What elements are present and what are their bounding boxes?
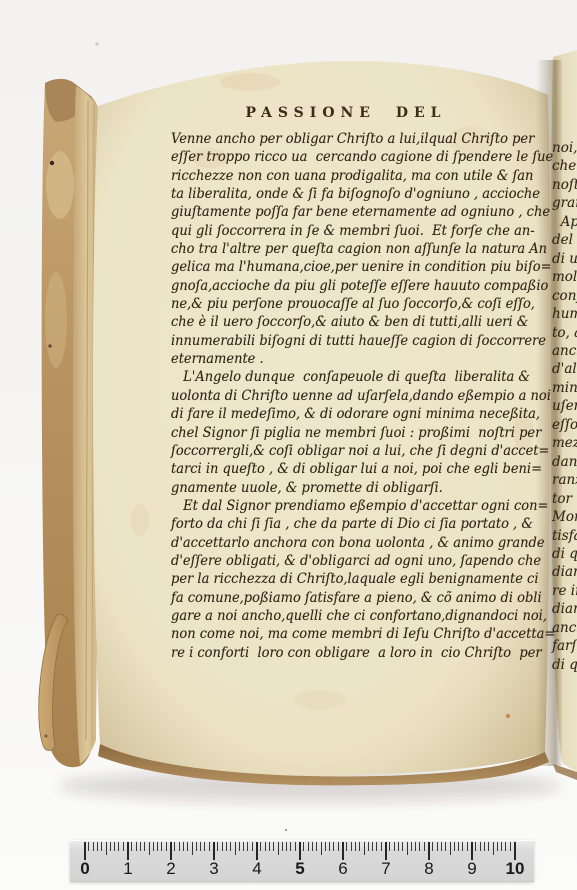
facing-text-fragment: del Sig bbox=[552, 231, 577, 249]
ruler-number: 4 bbox=[252, 859, 261, 879]
ruler-tick bbox=[505, 842, 506, 851]
facing-text-fragment: farſi d bbox=[552, 637, 577, 655]
text-line: gelica ma l'humana,cioe,per uenire in co… bbox=[171, 258, 534, 276]
ink-speck bbox=[45, 735, 48, 738]
facing-text-fragment: humile bbox=[552, 305, 577, 323]
ruler-tick bbox=[204, 842, 205, 851]
text-line: chel Signor ſi piglia ne membri ſuoi : p… bbox=[171, 424, 534, 442]
text-line: fa comune,poßiamo ſatisfare a pieno, & c… bbox=[171, 589, 534, 607]
text-line: ta liberalita, onde & ſi fa biſognoſo d'… bbox=[171, 185, 534, 203]
ruler-tick bbox=[213, 842, 215, 860]
text-line: qui gli ſoccorrera in ſe & membri ſuoi. … bbox=[171, 222, 534, 240]
ruler-tick bbox=[209, 842, 210, 851]
ruler-tick bbox=[252, 842, 253, 851]
ruler-tick bbox=[230, 842, 231, 851]
ruler-number: 10 bbox=[506, 859, 525, 879]
text-line: tarci in queſto , & di obligar lui a noi… bbox=[171, 460, 534, 478]
text-line: d'eſſere obligati, & d'obligarci ad ogni… bbox=[171, 552, 534, 570]
ruler-tick bbox=[222, 842, 223, 851]
ruler-tick bbox=[501, 842, 502, 851]
text-line: per la ricchezza di Chriſto,laquale egli… bbox=[171, 570, 534, 588]
ruler-tick bbox=[333, 842, 334, 851]
ruler-tick bbox=[265, 842, 266, 851]
ruler-tick bbox=[437, 842, 438, 851]
facing-text-fragment: di quel bbox=[552, 545, 577, 563]
ruler-tick bbox=[329, 842, 330, 851]
ruler-tick bbox=[161, 842, 162, 851]
ruler-tick bbox=[295, 842, 296, 851]
ruler-tick bbox=[385, 842, 387, 860]
text-line: gnamente uuole, & promette di obligarſi. bbox=[171, 479, 534, 497]
ruler-number: 5 bbox=[295, 859, 304, 879]
ruler-tick bbox=[157, 842, 158, 851]
facing-text-fragment: eſſo h bbox=[552, 416, 577, 434]
ruler-tick bbox=[372, 842, 373, 851]
ruler-tick bbox=[239, 842, 240, 851]
text-line: giuſtamente poſſa far bene eternamente a… bbox=[171, 203, 534, 221]
ruler-tick bbox=[187, 842, 188, 851]
facing-text-fragment: noi, ch bbox=[552, 139, 577, 157]
text-line: Et dal Signor prendiamo eßempio d'accett… bbox=[171, 497, 534, 515]
text-line: forto da chi ſi ſia , che da parte di Di… bbox=[171, 515, 534, 533]
ruler-tick bbox=[136, 842, 137, 851]
ruler-tick bbox=[321, 842, 322, 855]
ruler-tick bbox=[183, 842, 184, 851]
ruler-tick bbox=[144, 842, 145, 851]
facing-text-fragment: Mondo bbox=[552, 508, 577, 526]
ruler-tick bbox=[247, 842, 248, 851]
text-line: di fare il medeſimo, & di odorare ogni m… bbox=[171, 405, 534, 423]
ruler-tick bbox=[127, 842, 129, 860]
ruler-tick bbox=[303, 842, 304, 851]
ruler-tick bbox=[97, 842, 98, 851]
ink-speck bbox=[50, 161, 54, 165]
cover-worn-patch bbox=[45, 272, 67, 368]
ruler-tick bbox=[407, 842, 408, 855]
ruler-tick bbox=[424, 842, 425, 851]
ruler-tick bbox=[101, 842, 102, 851]
ruler-tick bbox=[226, 842, 227, 851]
ruler-tick bbox=[200, 842, 201, 851]
ruler-tick bbox=[510, 842, 511, 851]
ruler-tick bbox=[170, 842, 172, 860]
ruler-tick bbox=[235, 842, 236, 855]
ruler-tick bbox=[196, 842, 197, 851]
ruler-tick bbox=[286, 842, 287, 851]
facing-text-fragment: di quel bbox=[552, 656, 577, 674]
ruler-tick bbox=[273, 842, 274, 851]
centimeter-ruler: 012345678910 bbox=[70, 840, 534, 882]
ruler-number: 6 bbox=[338, 859, 347, 879]
ruler-tick bbox=[88, 842, 89, 851]
facing-text-fragment: uſera bbox=[552, 397, 577, 415]
ruler-tick bbox=[110, 842, 111, 851]
ruler-tick bbox=[376, 842, 377, 851]
facing-text-fragment: to, an bbox=[552, 324, 577, 342]
facing-text-fragment: di uede bbox=[552, 250, 577, 268]
ruler-tick bbox=[140, 842, 141, 851]
facing-text-fragment: tisfare bbox=[552, 527, 577, 545]
page-text: Venne ancho per obligar Chriſto a lui,il… bbox=[171, 130, 534, 662]
ruler-tick bbox=[282, 842, 283, 851]
ruler-number: 7 bbox=[381, 859, 390, 879]
facing-text-fragment: mezz bbox=[552, 434, 577, 452]
ruler-tick bbox=[441, 842, 442, 851]
text-line: che è il uero ſoccorſo,& aiuto & ben di … bbox=[171, 313, 534, 331]
ruler-tick bbox=[484, 842, 485, 851]
ruler-tick bbox=[488, 842, 489, 851]
text-line: L'Angelo dunque conſapeuole di queſta li… bbox=[171, 368, 534, 386]
facing-text-fragment: noſtra, bbox=[552, 176, 577, 194]
ruler-number: 0 bbox=[80, 859, 89, 879]
orange-speck bbox=[506, 714, 510, 718]
ruler-tick bbox=[114, 842, 115, 851]
facing-text-fragment: d'altr bbox=[552, 360, 577, 378]
ruler-number: 3 bbox=[209, 859, 218, 879]
ruler-tick bbox=[467, 842, 468, 851]
ruler-tick bbox=[480, 842, 481, 851]
ruler-tick bbox=[454, 842, 455, 851]
ruler-tick bbox=[471, 842, 473, 860]
ruler-tick bbox=[290, 842, 291, 851]
ruler-tick bbox=[428, 842, 430, 860]
ruler-tick bbox=[381, 842, 382, 851]
text-line: ne,& piu perſone prouocaſſe al ſuo ſocco… bbox=[171, 295, 534, 313]
text-line: Venne ancho per obligar Chriſto a lui,il… bbox=[171, 130, 534, 148]
text-line: re i conforti loro con obligare a loro i… bbox=[171, 644, 534, 662]
ruler-tick bbox=[131, 842, 132, 851]
text-line: gnoſa,accioche da piu gli poteſſe eſſere… bbox=[171, 277, 534, 295]
facing-text-fragment: tor noſ bbox=[552, 490, 577, 508]
ruler-number: 8 bbox=[424, 859, 433, 879]
ruler-tick bbox=[269, 842, 270, 851]
ruler-tick bbox=[179, 842, 180, 851]
ruler-tick bbox=[458, 842, 459, 851]
ruler-tick bbox=[394, 842, 395, 851]
ink-speck bbox=[48, 344, 51, 347]
ruler-tick bbox=[398, 842, 399, 851]
text-line: cho tra l'altre per queſta cagion non aſ… bbox=[171, 240, 534, 258]
facing-text-fragment: diamo bbox=[552, 600, 577, 618]
ruler-tick bbox=[419, 842, 420, 851]
facing-text-fragment: ranza bbox=[552, 471, 577, 489]
ruler-tick bbox=[123, 842, 124, 851]
facing-text-fragment: ancho bbox=[552, 619, 577, 637]
ruler-tick bbox=[174, 842, 175, 851]
ruler-number: 9 bbox=[467, 859, 476, 879]
facing-text-fragment: grandi, bbox=[552, 194, 577, 212]
ruler-tick bbox=[411, 842, 412, 851]
dust-speck bbox=[285, 829, 287, 831]
text-line: d'accettarlo anchora con bona uolonta , … bbox=[171, 534, 534, 552]
text-line: uolonta di Chriſto uenne ad uſarſela,dan… bbox=[171, 387, 534, 405]
ruler-tick bbox=[355, 842, 356, 851]
ruler-tick bbox=[475, 842, 476, 851]
ruler-tick bbox=[497, 842, 498, 851]
facing-text-fragment: conſig bbox=[552, 287, 577, 305]
facing-text-fragment: re in ci bbox=[552, 582, 577, 600]
facing-text-fragment: che cio bbox=[552, 157, 577, 175]
ruler-tick bbox=[342, 842, 344, 860]
ruler-tick bbox=[325, 842, 326, 851]
facing-page-text: noi, chche cionoſtra,grandi, Apdel Sigdi… bbox=[552, 139, 577, 674]
ruler-tick bbox=[308, 842, 309, 851]
ruler-tick bbox=[260, 842, 261, 851]
ruler-tick bbox=[316, 842, 317, 851]
ruler-tick bbox=[351, 842, 352, 851]
ruler-number: 2 bbox=[166, 859, 175, 879]
ruler-tick bbox=[299, 842, 301, 860]
ruler-tick bbox=[84, 842, 86, 860]
ruler-tick bbox=[402, 842, 403, 851]
foxing-spot bbox=[294, 690, 346, 710]
ruler-tick bbox=[359, 842, 360, 851]
running-header: PASSIONE DEL bbox=[168, 105, 524, 121]
ruler-tick bbox=[192, 842, 193, 855]
ruler-tick bbox=[432, 842, 433, 851]
ruler-tick bbox=[368, 842, 369, 851]
ruler-tick bbox=[153, 842, 154, 851]
foxing-spot bbox=[131, 504, 149, 536]
ruler-tick bbox=[93, 842, 94, 851]
ruler-tick bbox=[346, 842, 347, 851]
ruler-tick bbox=[450, 842, 451, 855]
foxing-spot bbox=[220, 73, 280, 91]
ruler-tick bbox=[445, 842, 446, 851]
text-line: non come noi, ma come membri di Ieſu Chr… bbox=[171, 625, 534, 643]
ruler-tick bbox=[256, 842, 258, 860]
facing-text-fragment: Ap bbox=[552, 213, 577, 231]
ruler-tick bbox=[217, 842, 218, 851]
ruler-tick bbox=[364, 842, 365, 855]
dust-speck bbox=[95, 42, 98, 45]
facing-text-fragment: ancho bbox=[552, 342, 577, 360]
ruler-tick bbox=[106, 842, 107, 855]
ruler-tick bbox=[149, 842, 150, 855]
cover-worn-patch bbox=[46, 151, 74, 219]
text-line: innumerabili biſogni di tutti haueſſe ca… bbox=[171, 332, 534, 350]
ruler-tick bbox=[415, 842, 416, 851]
facing-text-fragment: molti, bbox=[552, 268, 577, 286]
text-line: eternamente . bbox=[171, 350, 534, 368]
ruler-tick bbox=[389, 842, 390, 851]
ruler-tick bbox=[338, 842, 339, 851]
text-line: eſſer troppo ricco ua cercando cagione d… bbox=[171, 148, 534, 166]
book-photograph: PASSIONE DEL Venne ancho per obligar Chr… bbox=[0, 0, 577, 890]
ruler-number: 1 bbox=[123, 859, 132, 879]
facing-text-fragment: diam q bbox=[552, 563, 577, 581]
text-line: ricchezze non con uana prodigalita, ma c… bbox=[171, 167, 534, 185]
facing-text-fragment: miniſ bbox=[552, 379, 577, 397]
text-line: gare a noi ancho,quelli che ci confortan… bbox=[171, 607, 534, 625]
text-line: ſoccorrergli,& coſi obligar noi a lui, c… bbox=[171, 442, 534, 460]
ruler-tick bbox=[278, 842, 279, 855]
facing-text-fragment: dando bbox=[552, 453, 577, 471]
ruler-tick bbox=[462, 842, 463, 851]
ruler-tick bbox=[118, 842, 119, 851]
ruler-tick bbox=[514, 842, 516, 860]
ruler-tick bbox=[493, 842, 494, 855]
ruler-tick bbox=[243, 842, 244, 851]
ruler-tick bbox=[166, 842, 167, 851]
ruler-tick bbox=[312, 842, 313, 851]
